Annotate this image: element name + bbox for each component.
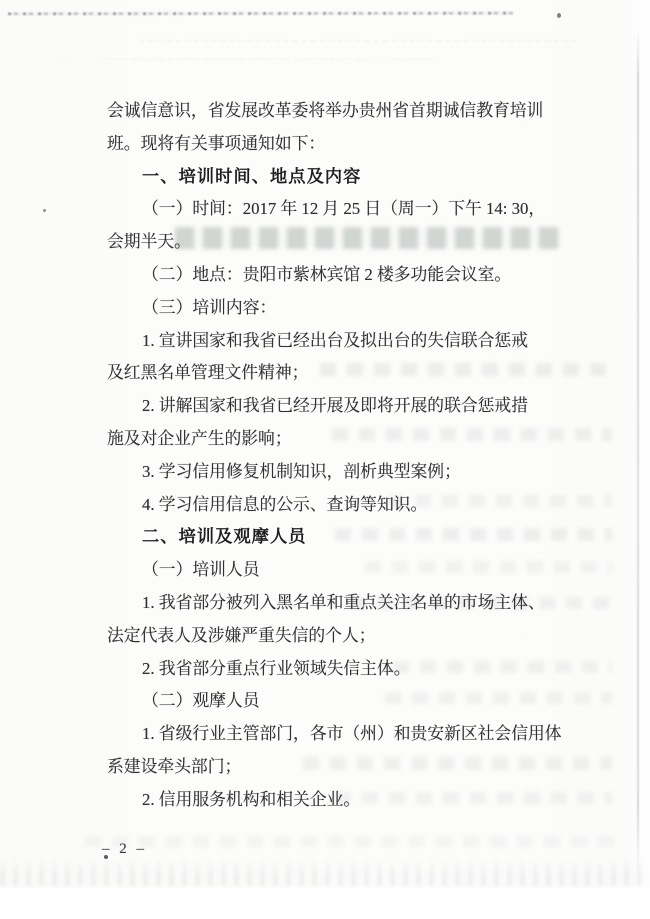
scanned-document-page: 会诚信意识，省发展改革委将举办贵州省首期诚信教育培训 班。现将有关事项通知如下：… [0,0,650,919]
trainee-item-1-continuation: 法定代表人及涉嫌严重失信的个人； [107,620,559,653]
item-time-continuation: 会期半天。 [107,226,559,259]
trainee-item-1: 1. 我省部分被列入黑名单和重点关注名单的市场主体、 [107,587,559,620]
scan-bottom-edge-artifact [0,858,650,888]
item-content-label: （三）培训内容： [107,292,559,325]
body-line-continuation: 会诚信意识，省发展改革委将举办贵州省首期诚信教育培训 [107,95,559,128]
page-number: – 2 – [102,841,147,858]
item-location: （二）地点：贵阳市紫林宾馆 2 楼多功能会议室。 [107,259,559,292]
scan-noise-band [140,40,580,42]
content-item-2-continuation: 施及对企业产生的影响； [107,423,559,456]
content-item-2: 2. 讲解国家和我省已经开展及即将开展的联合惩戒措 [107,390,559,423]
scan-noise-band [60,58,440,60]
dust-speck [43,209,46,212]
document-body: 会诚信意识，省发展改革委将举办贵州省首期诚信教育培训 班。现将有关事项通知如下：… [107,95,559,817]
content-item-4: 4. 学习信用信息的公示、查询等知识。 [107,489,559,522]
heading-section-1: 一、培训时间、地点及内容 [107,161,559,194]
heading-section-2: 二、培训及观摩人员 [107,521,559,554]
observer-item-1: 1. 省级行业主管部门，各市（州）和贵安新区社会信用体 [107,718,559,751]
observer-item-2: 2. 信用服务机构和相关企业。 [107,784,559,817]
content-item-1: 1. 宣讲国家和我省已经出台及拟出台的失信联合惩戒 [107,325,559,358]
item-time: （一）时间：2017 年 12 月 25 日（周一）下午 14: 30， [107,193,559,226]
content-item-1-continuation: 及红黑名单管理文件精神； [107,357,559,390]
bleed-through-artifact [85,836,615,847]
page-fold-line-artifact [637,28,639,878]
trainee-item-2: 2. 我省部分重点行业领域失信主体。 [107,653,559,686]
content-item-3: 3. 学习信用修复机制知识，剖析典型案例； [107,456,559,489]
trainee-group-label: （一）培训人员 [107,554,559,587]
dust-speck [557,13,561,18]
observer-item-1-continuation: 系建设牵头部门； [107,751,559,784]
observer-group-label: （二）观摩人员 [107,685,559,718]
body-line-continuation: 班。现将有关事项通知如下： [107,128,559,161]
